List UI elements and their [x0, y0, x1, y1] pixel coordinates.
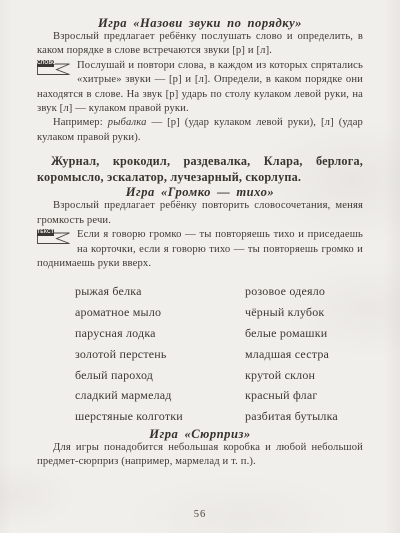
- pair-left-phrase: рыжая белка: [75, 284, 245, 299]
- exercise-text-1: Послушай и повтори слова, в каждом из ко…: [37, 60, 363, 114]
- example-word: рыбалка: [108, 117, 147, 128]
- intro-paragraph-3: Для игры понадобится небольшая коробка и…: [37, 441, 363, 470]
- exercise-text-2: Если я говорю громко — ты повторяешь тих…: [37, 229, 363, 269]
- pair-left-phrase: ароматное мыло: [75, 305, 245, 320]
- pair-right-phrase: красный флаг: [245, 388, 318, 403]
- pair-right-phrase: разбитая бутылка: [245, 409, 338, 424]
- pair-right-phrase: младшая сестра: [245, 347, 329, 362]
- intro-paragraph-1: Взрослый предлагает ребёнку послушать сл…: [37, 30, 363, 59]
- pair-left-phrase: золотой перстень: [75, 347, 245, 362]
- pair-left-phrase: парусная лодка: [75, 326, 245, 341]
- slovo-flag-label: СЛОВО: [37, 60, 54, 67]
- pair-left-phrase: сладкий мармелад: [75, 388, 245, 403]
- game-title-surprise: Игра «Сюрприз»: [37, 427, 363, 441]
- pair-left-phrase: белый пароход: [75, 368, 245, 383]
- pair-row: сладкий мармелад красный флаг: [75, 385, 363, 406]
- pair-left-phrase: шерстяные колготки: [75, 409, 245, 424]
- pair-row: шерстяные колготки разбитая бутылка: [75, 406, 363, 427]
- exercise-paragraph-2: ТЕКСТ Если я говорю громко — ты повторяе…: [37, 228, 363, 271]
- pair-right-phrase: белые ромашки: [245, 326, 327, 341]
- slovo-flag-icon: СЛОВО: [37, 60, 70, 75]
- word-pairs-list: рыжая белка розовое одеяло ароматное мыл…: [75, 281, 363, 427]
- pair-right-phrase: розовое одеяло: [245, 284, 325, 299]
- tekst-flag-label: ТЕКСТ: [37, 229, 54, 236]
- pair-row: белый пароход крутой склон: [75, 365, 363, 386]
- intro-paragraph-2: Взрослый предлагает ребёнку повторить сл…: [37, 199, 363, 228]
- example-prefix: Например:: [53, 117, 108, 128]
- practice-words-list: Журнал, крокодил, раздевалка, Клара, бер…: [37, 154, 363, 185]
- game-title-name-sounds: Игра «Назови звуки по порядку»: [37, 16, 363, 30]
- exercise-paragraph-1: СЛОВО Послушай и повтори слова, в каждом…: [37, 59, 363, 117]
- game-title-loud-quiet: Игра «Громко — тихо»: [37, 185, 363, 199]
- page-number: 56: [0, 509, 400, 520]
- tekst-flag-icon: ТЕКСТ: [37, 229, 70, 244]
- pair-row: парусная лодка белые ромашки: [75, 323, 363, 344]
- pair-right-phrase: крутой склон: [245, 368, 315, 383]
- pair-row: золотой перстень младшая сестра: [75, 344, 363, 365]
- example-line: Например: рыбалка — [р] (удар кулаком ле…: [37, 116, 363, 145]
- pair-row: ароматное мыло чёрный клубок: [75, 302, 363, 323]
- book-page: Игра «Назови звуки по порядку» Взрослый …: [0, 0, 400, 533]
- pair-right-phrase: чёрный клубок: [245, 305, 324, 320]
- pair-row: рыжая белка розовое одеяло: [75, 281, 363, 302]
